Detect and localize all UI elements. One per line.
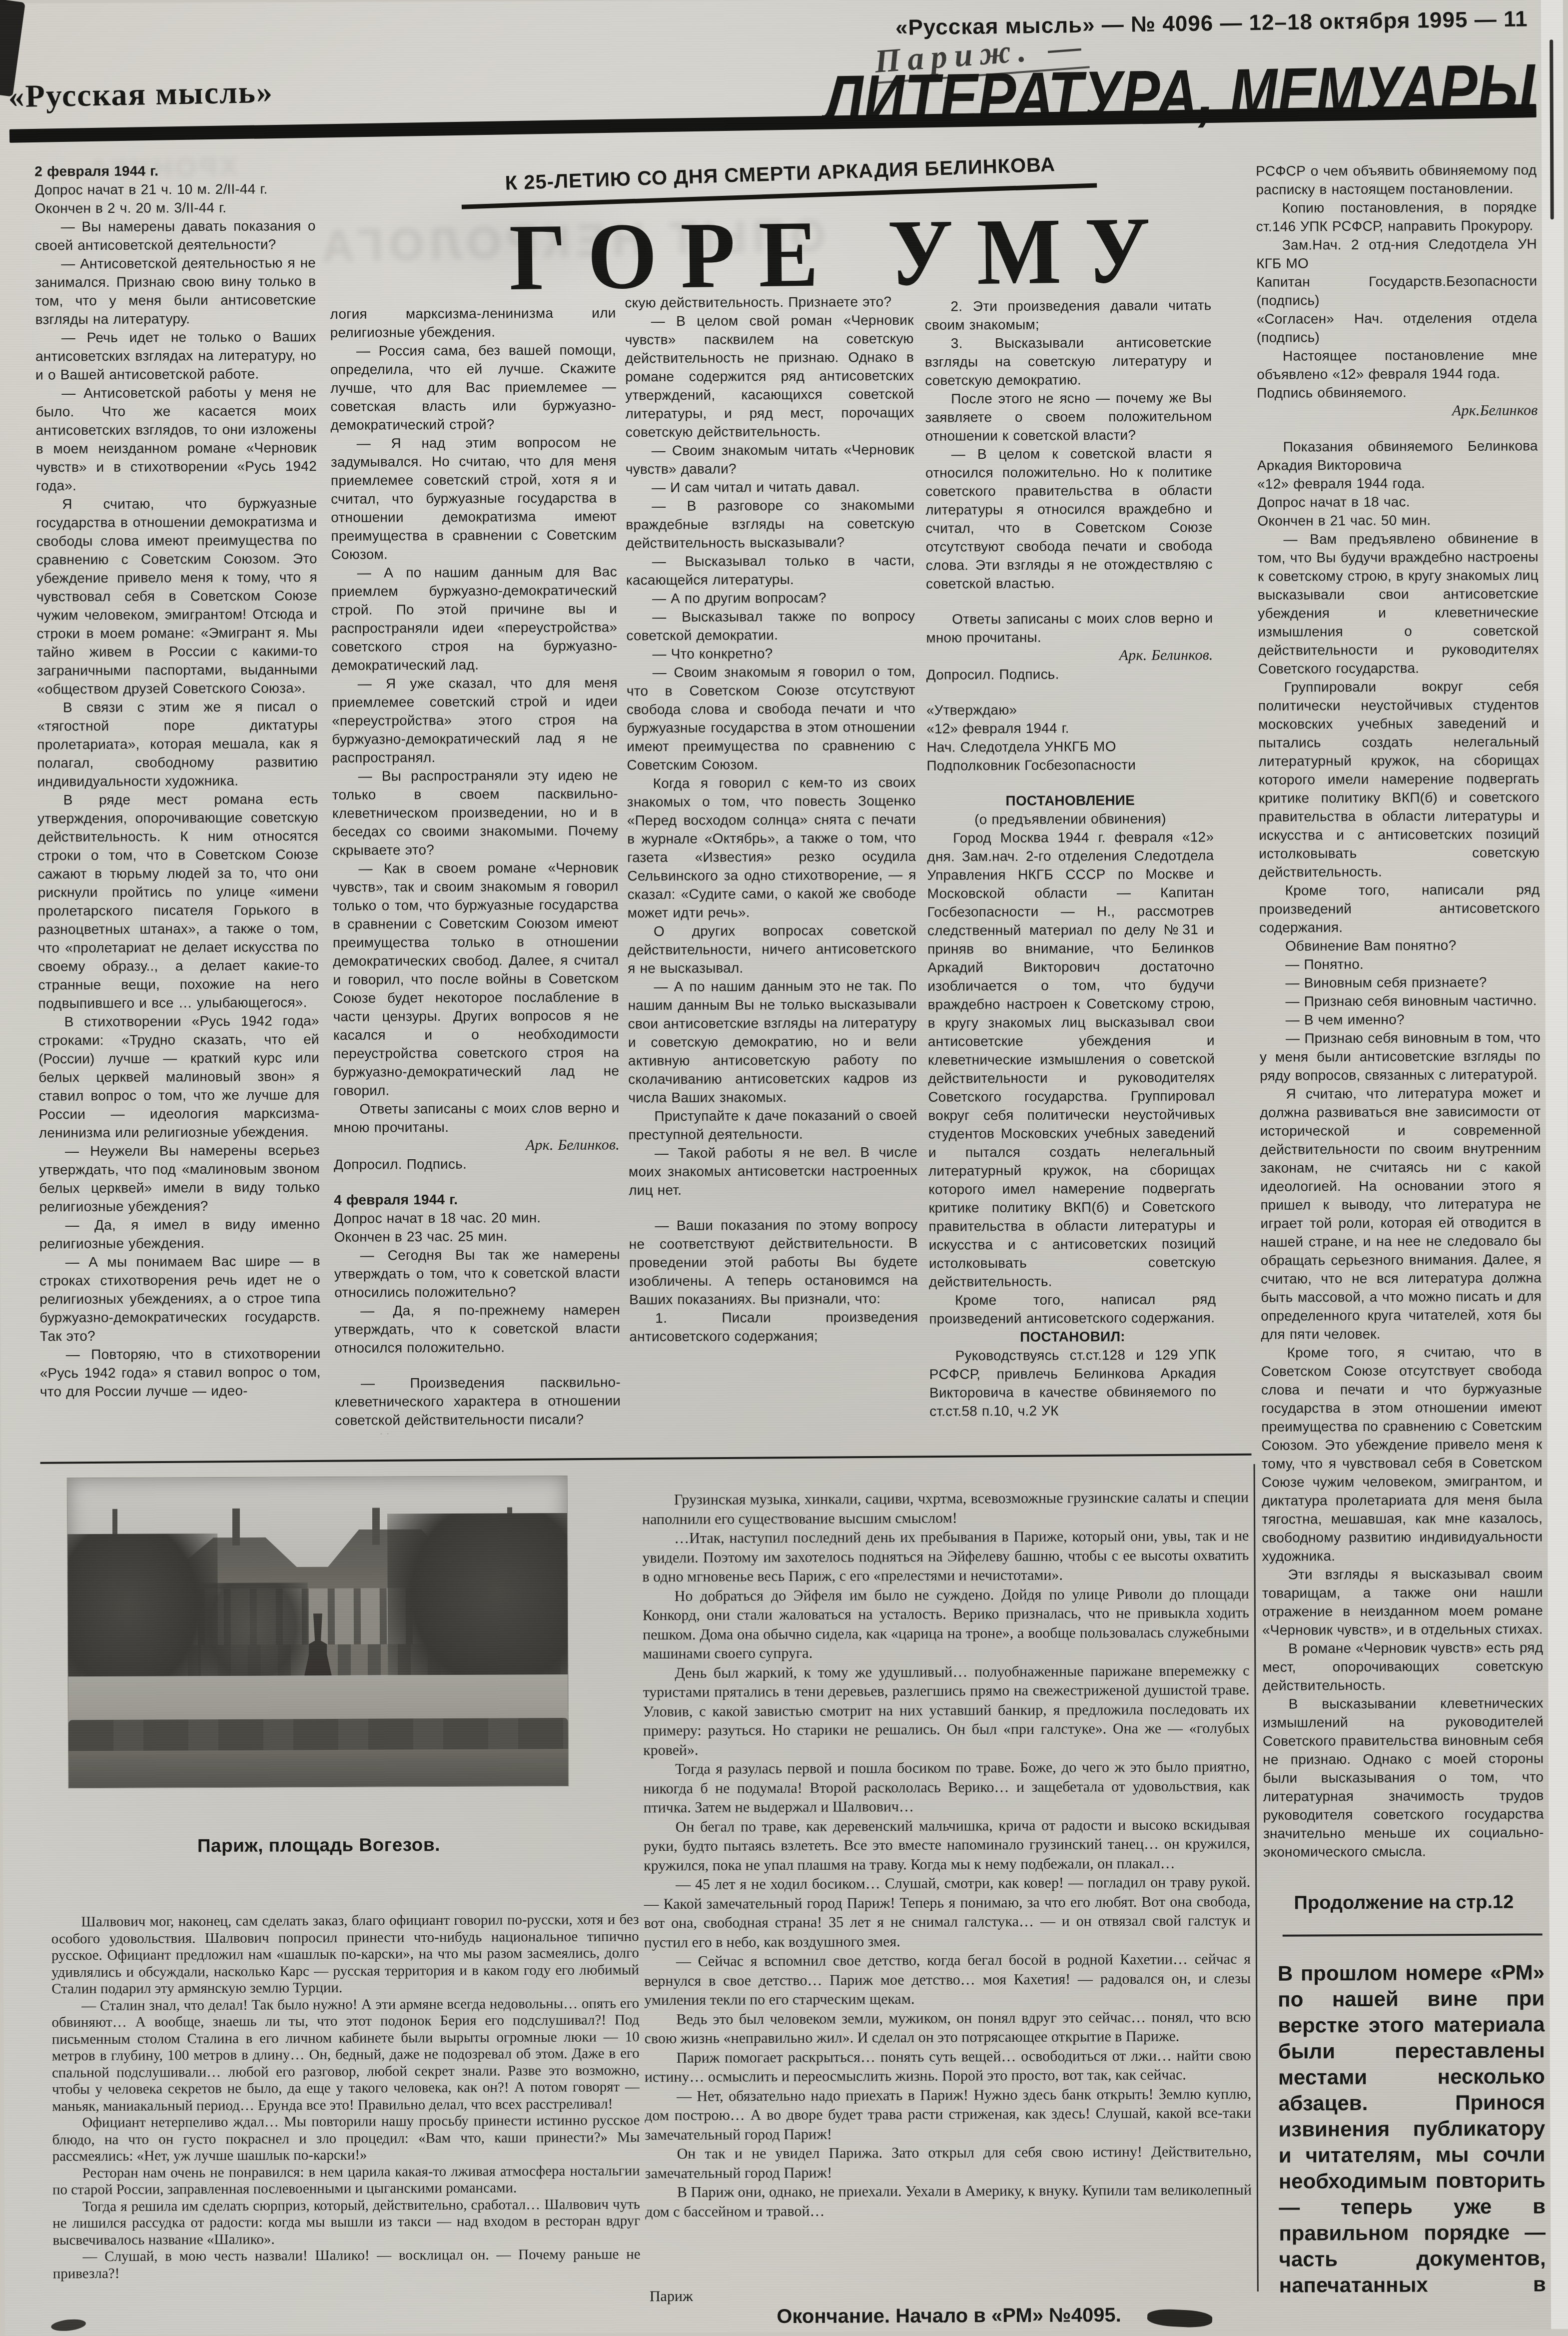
paragraph: — Как в своем романе «Черновик чувств», … bbox=[332, 858, 619, 1099]
paragraph: — Произведения пасквильно-клеветническог… bbox=[335, 1373, 621, 1429]
section-divider-rule bbox=[40, 1454, 1252, 1464]
paragraph: Ресторан нам очень не понравился: в нем … bbox=[52, 2163, 640, 2199]
paragraph: 4 февраля 1944 г. bbox=[334, 1189, 620, 1209]
paragraph: — Ваши показания по этому вопросу не соо… bbox=[629, 1215, 918, 1309]
paragraph: Кроме того, я считаю, что в Советском Со… bbox=[1261, 1342, 1543, 1565]
paragraph: — Неужели Вы намерены всерьез утверждать… bbox=[39, 1141, 320, 1216]
paragraph: Копию постановления, в порядке ст.146 УП… bbox=[1256, 197, 1537, 235]
scan-page-edge bbox=[1541, 0, 1568, 2329]
paragraph: — Своим знакомым я говорил о том, что в … bbox=[627, 662, 916, 775]
paragraph: — Понятно. bbox=[1259, 954, 1540, 973]
paragraph: Я считаю, что литература может и должна … bbox=[1260, 1083, 1542, 1343]
paragraph: В связи с этим же я писал о «тягостной п… bbox=[37, 697, 318, 790]
paragraph: «12» февраля 1944 года. bbox=[1257, 473, 1538, 493]
notice-rule bbox=[1283, 1933, 1543, 1936]
paragraph: Когда я говорил с кем-то из своих знаком… bbox=[627, 773, 916, 922]
paragraph: Зам.Нач. 2 отд-ния Следотдела УН КГБ МО bbox=[1256, 234, 1537, 272]
paragraph: Допрос начат в 21 ч. 10 м. 2/II-44 г. bbox=[34, 179, 315, 199]
paragraph: ПОСТАНОВЛЕНИЕ bbox=[927, 790, 1214, 810]
paragraph: — Вам предъявлено обвинение в том, что В… bbox=[1257, 529, 1539, 678]
paragraph: …Итак, наступил последний день их пребыв… bbox=[642, 1527, 1249, 1587]
paragraph: «12» февраля 1944 г. bbox=[926, 718, 1213, 738]
paragraph: РСФСР о чем объявить обвиняемому под рас… bbox=[1256, 160, 1537, 198]
paragraph: Капитан Государств.Безопасности (подпись… bbox=[1256, 271, 1537, 309]
text-column-4: 2. Эти произведения давали читать своим … bbox=[924, 296, 1216, 1441]
paragraph: В романе «Черновик чувств» есть ряд мест… bbox=[1262, 1638, 1543, 1694]
paragraph: — Повторяю, что в стихотворении «Русь 19… bbox=[40, 1344, 321, 1401]
paragraph: — Виновным себя признаете? bbox=[1259, 972, 1540, 992]
paragraph: — Сейчас я вспомнил свое детство, когда … bbox=[644, 1950, 1251, 2010]
paragraph: Кроме того, написали ряд произведений ан… bbox=[1259, 880, 1540, 936]
text-column-3: скую действительность. Признаете это?— В… bbox=[625, 292, 918, 1453]
paragraph: 1. Писали произведения антисоветского со… bbox=[629, 1308, 918, 1346]
paragraph: — И сам читал и читать давал. bbox=[626, 477, 914, 497]
paragraph: — Нет, обязательно надо приехать в Париж… bbox=[645, 2084, 1251, 2145]
photo-foreground bbox=[68, 1748, 568, 1788]
paragraph: Ведь это был человеком земли, мужиком, о… bbox=[644, 2007, 1251, 2048]
paragraph: — Высказывал также по вопросу советской … bbox=[626, 607, 915, 645]
paragraph: В высказывании клеветнических измышлений… bbox=[1263, 1693, 1544, 1861]
paragraph: Допросил. Подпись. bbox=[334, 1154, 620, 1173]
paragraph: — В чем именно? bbox=[1260, 1009, 1541, 1029]
paragraph: — Своим знакомым читать «Черновик чувств… bbox=[626, 440, 914, 479]
text-column-1: 2 февраля 1944 г.Допрос начат в 21 ч. 10… bbox=[34, 161, 321, 1434]
paragraph: — Россия сама, без вашей помощи, определ… bbox=[330, 340, 617, 434]
paragraph: — Высказывал только в части, касающейся … bbox=[626, 551, 915, 590]
paragraph: Допрос начат в 18 час. 20 мин. bbox=[334, 1208, 620, 1227]
paragraph: — Речь идет не только о Ваших антисоветс… bbox=[35, 327, 316, 384]
memoir-column-right: Грузинская музыка, хинкали, сациви, чхрт… bbox=[642, 1488, 1252, 2266]
paragraph: Официант нетерпеливо ждал… Мы повторили … bbox=[52, 2112, 640, 2165]
paragraph: 2 февраля 1944 г. bbox=[34, 161, 315, 180]
paragraph: Париж помогает раскрыться… понять суть в… bbox=[645, 2046, 1251, 2087]
paragraph: Обвинение Вам понятно? bbox=[1259, 935, 1540, 955]
text-column-5: РСФСР о чем объявить обвиняемому под рас… bbox=[1256, 160, 1544, 1885]
paragraph: Арк. Белинков. bbox=[926, 646, 1213, 666]
paragraph: Окончен в 23 час. 25 мин. bbox=[334, 1226, 620, 1246]
memoir-column-left: Шалвович мог, наконец, сам сделать заказ… bbox=[51, 1911, 641, 2326]
paragraph: — Сталин знал, что делал! Так было нужно… bbox=[51, 1995, 640, 2115]
paragraph: Тогда я разулась первой и пошла босиком … bbox=[643, 1757, 1250, 1818]
paragraph: Ответы записаны с моих слов верно и мною… bbox=[333, 1098, 619, 1136]
paragraph: Он бегал по траве, как деревенский мальч… bbox=[644, 1815, 1250, 1875]
paragraph: — 45 лет я не ходил босиком… Слушай, смо… bbox=[644, 1873, 1251, 1952]
paragraph: — А по нашим данным для Вас приемлем бур… bbox=[331, 562, 618, 674]
paragraph: — В целом к советской власти я относился… bbox=[925, 444, 1213, 593]
paragraph: После этого не ясно — почему же Вы заявл… bbox=[925, 388, 1212, 445]
editorial-notice: В прошлом номере «РМ» по нашей вине при … bbox=[1278, 1959, 1546, 2294]
paragraph: В Париж они, однако, не приехали. Уехали… bbox=[645, 2181, 1252, 2222]
paragraph: — Вы распространяли эту идею не только в… bbox=[332, 766, 619, 859]
paragraph: Приступайте к даче показаний о своей пре… bbox=[628, 1106, 917, 1144]
paragraph: В ряде мест романа есть утверждения, опо… bbox=[37, 789, 319, 1012]
paragraph: Арк. Белинков. bbox=[334, 1135, 620, 1155]
paragraph: Он так и не увидел Парижа. Зато открыл д… bbox=[645, 2142, 1252, 2183]
paragraph: Город Москва 1944 г. февраля «12» дня. З… bbox=[927, 827, 1216, 1291]
paragraph: — Признаю себя виновным частично. bbox=[1259, 991, 1540, 1010]
continuation-note: Продолжение на стр.12 bbox=[1263, 1891, 1544, 1914]
paragraph: — Да, я по-прежнему намерен утверждать, … bbox=[334, 1300, 620, 1357]
paragraph: Но добраться до Эйфеля им было не сужден… bbox=[643, 1584, 1250, 1663]
photo-caption: Париж, площадь Вогезов. bbox=[69, 1834, 569, 1857]
paragraph: Кроме того, написал ряд произведений ант… bbox=[929, 1290, 1216, 1328]
paragraph: — А по нашим данным это не так. По нашим… bbox=[628, 976, 917, 1107]
paragraph: — Сегодня Вы так же намерены утверждать … bbox=[334, 1245, 620, 1301]
paragraph: логия марксизма-ленинизма или религиозны… bbox=[330, 303, 616, 341]
paragraph: 3. Высказывали антисоветские взгляды на … bbox=[925, 333, 1212, 390]
paragraph: Подполковник Госбезопасности bbox=[926, 755, 1213, 775]
paragraph: — Признаю себя виновным в том, что у мен… bbox=[1260, 1028, 1541, 1084]
paragraph: — Да, я имел в виду именно религиозные у… bbox=[39, 1215, 320, 1253]
paragraph: — Я уже сказал, что для меня приемлемее … bbox=[332, 673, 618, 767]
paragraph: — В целом свой роман «Черновик чувств» п… bbox=[625, 311, 914, 442]
paragraph: Арк.Белинков bbox=[1257, 401, 1538, 420]
paragraph: — Такой работы я не вел. В числе моих зн… bbox=[629, 1143, 917, 1200]
paragraph: «Утверждаю» bbox=[926, 700, 1213, 720]
paragraph: Я считаю, что буржуазные государства в о… bbox=[36, 494, 318, 698]
paragraph: Окончен в 21 час. 50 мин. bbox=[1257, 510, 1538, 530]
paragraph: — Антисоветской деятельностью я не заним… bbox=[35, 253, 316, 328]
paragraph: Окончен в 2 ч. 20 м. 3/II-44 г. bbox=[35, 198, 316, 217]
masthead-left: «Русская мысль» bbox=[8, 73, 273, 115]
paragraph: Подпись обвиняемого. bbox=[1257, 382, 1538, 402]
paragraph: Нач. Следотдела УНКГБ МО bbox=[926, 737, 1213, 757]
paragraph: Тогда я решила им сделать сюрприз, котор… bbox=[52, 2196, 640, 2249]
paragraph: — А мы понимаем Вас шире — в строках сти… bbox=[39, 1252, 321, 1345]
paragraph: О других вопросах советской действительн… bbox=[628, 921, 916, 978]
photo-paris-place-des-vosges bbox=[67, 1476, 569, 1788]
paragraph: Показания обвиняемого Белинкова Аркадия … bbox=[1257, 436, 1538, 474]
paragraph: 2. Эти произведения давали читать своим … bbox=[924, 296, 1211, 334]
paragraph: — А по другим вопросам? bbox=[626, 588, 915, 608]
paragraph: (о предъявлении обвинения) bbox=[927, 809, 1214, 829]
paragraph: Шалвович мог, наконец, сам сделать заказ… bbox=[51, 1911, 640, 1998]
paragraph: — В разговоре со знакомыми враждебные вз… bbox=[626, 496, 914, 553]
paragraph: Руководствуясь ст.ст.128 и 129 УПК РСФСР… bbox=[929, 1345, 1217, 1421]
paragraph: «Согласен» Нач. отделения отдела (подпис… bbox=[1257, 308, 1538, 346]
paragraph: — Что конкретно? bbox=[626, 644, 915, 664]
paragraph: Настоящее постановление мне объявлено «1… bbox=[1257, 345, 1538, 383]
paragraph: ПОСТАНОВИЛ: bbox=[929, 1327, 1216, 1347]
paragraph: Грузинская музыка, хинкали, сациви, чхрт… bbox=[642, 1488, 1249, 1529]
newspaper-page: «Русская мысль» — № 4096 — 12–18 октября… bbox=[0, 0, 1568, 2333]
paragraph: — Вы намерены давать показания о своей а… bbox=[35, 216, 316, 254]
paragraph: скую действительность. Признаете это? bbox=[625, 292, 913, 312]
paragraph: Допросил. Подпись. bbox=[926, 664, 1213, 684]
paragraph: Эти взгляды я высказывал своим товарищам… bbox=[1262, 1564, 1543, 1639]
paragraph: — Слушай, в мою честь назвали! Шалико! —… bbox=[52, 2246, 640, 2282]
paragraph: День был жаркий, к тому же удушливый… по… bbox=[643, 1661, 1250, 1760]
text-column-2: логия марксизма-ленинизма или религиозны… bbox=[330, 303, 621, 1434]
column-divider-rule bbox=[1254, 1464, 1259, 2292]
paragraph: — Нет. bbox=[335, 1428, 621, 1434]
paragraph: В стихотворении «Русь 1942 года» строкам… bbox=[38, 1011, 320, 1142]
memoir-dateline: Париж bbox=[650, 2288, 693, 2305]
paragraph: — Я над этим вопросом не задумывался. Но… bbox=[331, 433, 617, 563]
paragraph: Ответы записаны с моих слов верно и мною… bbox=[926, 609, 1213, 647]
paragraph: — Антисоветской работы у меня не было. Ч… bbox=[35, 383, 317, 495]
paragraph: Допрос начат в 18 час. bbox=[1257, 492, 1538, 511]
paragraph: Группировали вокруг себя политически неу… bbox=[1258, 677, 1540, 881]
